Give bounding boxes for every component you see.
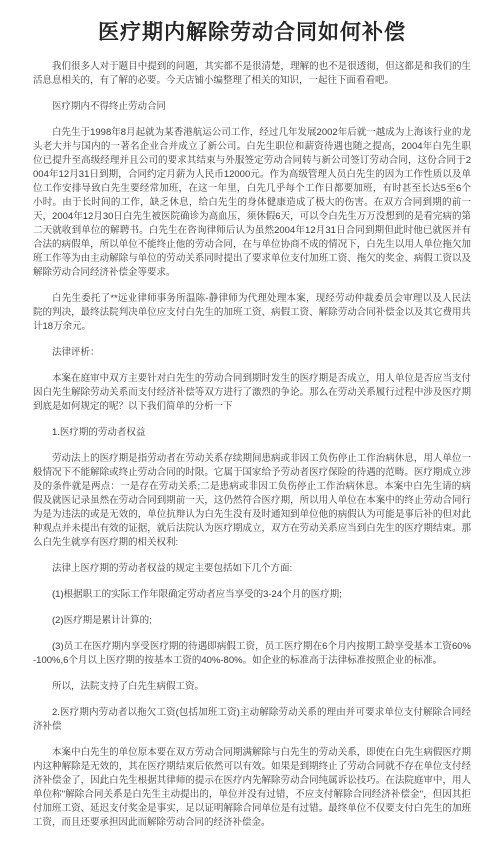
intro-paragraph: 我们很多人对于题目中提到的问题，其实都不是很清楚，理解的也不是很透彻，但这都是和… [33,60,471,88]
rights-item-1: (1)根据职工的实际工作年限确定劳动者应当享受的3-24个月的医疗期; [33,588,471,602]
section-heading-2: 2.医疗期内劳动者以拖欠工资(包括加班工资)主动解除劳动关系的理由并可要求单位支… [33,706,471,734]
rights-item-3: (3)员工在医疗期内享受医疗期的待遇即病假工资，员工医疗期在6个月内按期工龄享受… [33,640,471,668]
page-title: 医疗期内解除劳动合同如何补偿 [33,16,471,46]
article-page: 医疗期内解除劳动合同如何补偿 我们很多人对于题目中提到的问题，其实都不是很清楚，… [0,0,504,866]
conclusion-paragraph: 本案中白先生的单位原本要在双方劳动合同期满解除与白先生的劳动关系，即使在白先生病… [33,746,471,830]
rights-item-2: (2)医疗期是累计计算的; [33,614,471,628]
rights-list-intro: 法律上医疗期的劳动者权益的规定主要包括如下几个方面: [33,562,471,576]
case-background-paragraph: 白先生于1998年8月起就为某香港航运公司工作，经过几年发展2002年后就一越成… [33,126,471,280]
medical-period-definition-paragraph: 劳动法上的医疗期是指劳动者在劳动关系存续期间患病或非因工负伤停止工作治病休息，用… [33,452,471,550]
case-result-paragraph: 白先生委托了**远业律师事务所温陈-静律师为代理处理本案，现经劳动仲裁委员会审理… [33,292,471,334]
section-heading-no-termination: 医疗期内不得终止劳动合同 [33,100,471,114]
section-heading-legal-analysis: 法律评析： [33,346,471,360]
court-support-paragraph: 所以，法院支持了白先生病假工资。 [33,680,471,694]
analysis-intro-paragraph: 本案在庭审中双方主要针对白先生的劳动合同到期时发生的医疗期是否成立，用人单位是否… [33,372,471,414]
section-heading-1: 1.医疗期的劳动者权益 [33,426,471,440]
